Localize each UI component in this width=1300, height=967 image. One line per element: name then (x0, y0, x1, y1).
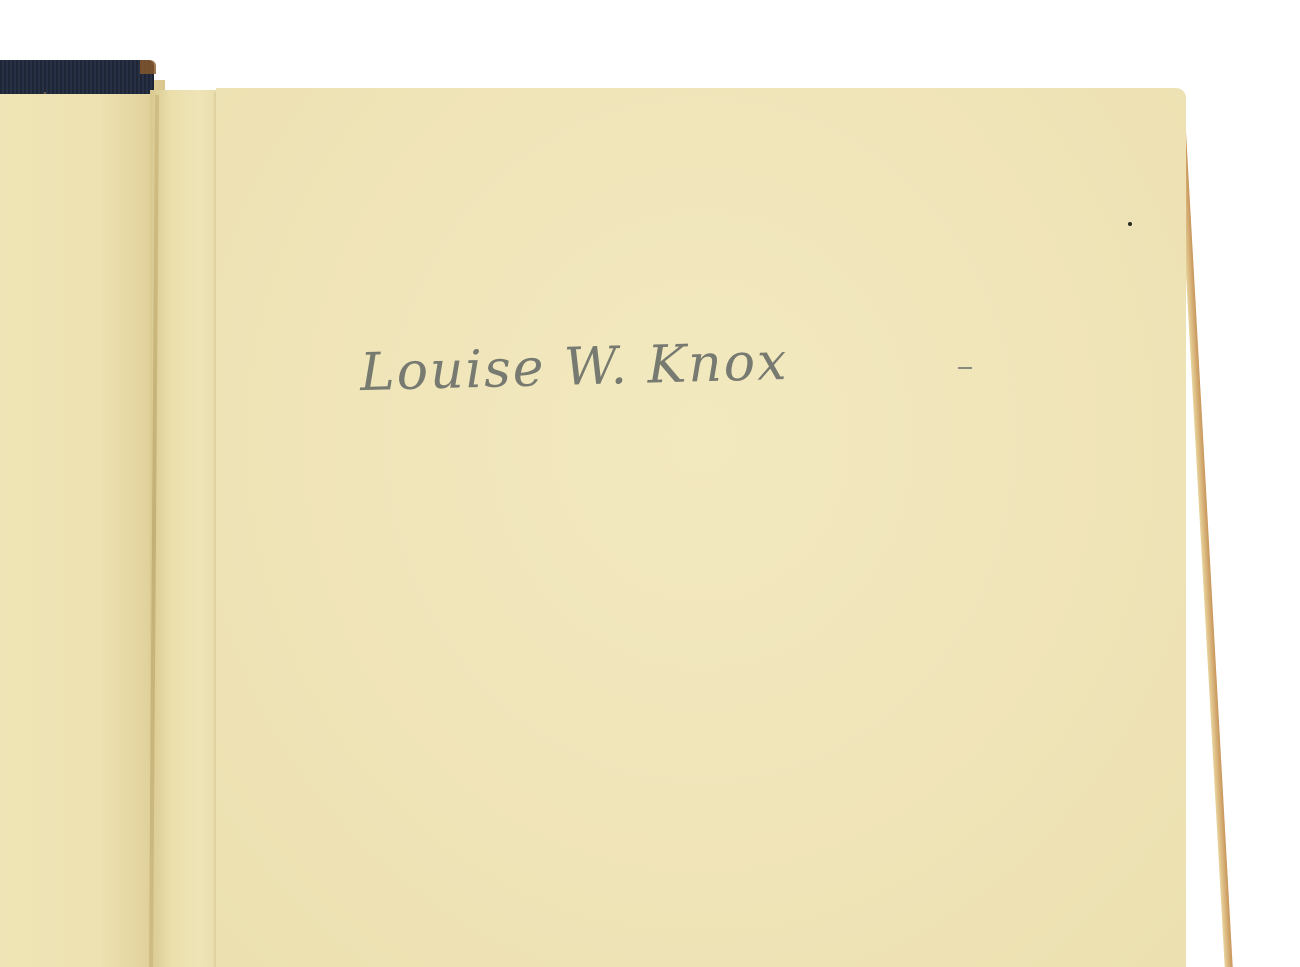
book-hinge (150, 90, 220, 967)
signature-trailing-mark (958, 367, 972, 369)
pencil-signature: Louise W. Knox (359, 312, 981, 418)
paper-speck (44, 92, 46, 94)
gutter-line (214, 92, 216, 967)
cloth-cover-edge (0, 60, 154, 94)
left-endpaper (0, 80, 165, 967)
worn-cover-corner (140, 60, 156, 74)
paper-speck (1128, 222, 1132, 226)
book-photo: Louise W. Knox (0, 0, 1300, 967)
signature-text: Louise W. Knox (359, 317, 790, 418)
flyleaf-page (216, 88, 1186, 967)
